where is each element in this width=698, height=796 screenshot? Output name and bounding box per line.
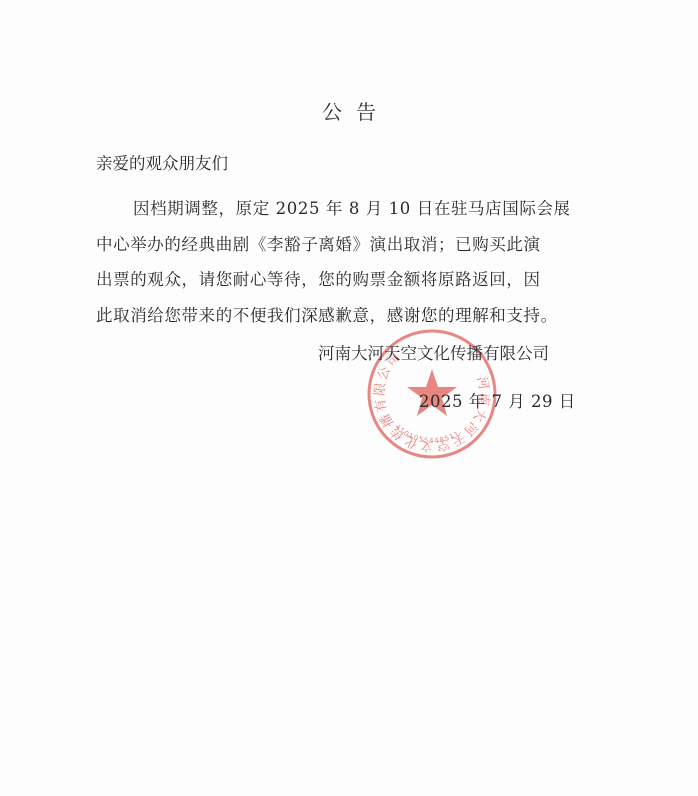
- body-line: 中心举办的经典曲剧《李豁子离婚》演出取消；已购买此演: [96, 227, 580, 263]
- body-line: 因档期调整，原定 2025 年 8 月 10 日在驻马店国际会展: [96, 191, 580, 227]
- notice-title: 公告: [0, 96, 698, 125]
- body-line: 此取消给您带来的不便我们深感歉意，感谢您的理解和支持。: [96, 298, 580, 334]
- notice-body: 因档期调整，原定 2025 年 8 月 10 日在驻马店国际会展 中心举办的经典…: [96, 191, 580, 333]
- salutation: 亲爱的观众朋友们: [96, 150, 228, 174]
- notice-date: 2025 年 7 月 29 日: [419, 388, 576, 412]
- body-line: 出票的观众，请您耐心等待，您的购票金额将原路返回，因: [96, 262, 580, 298]
- company-signature: 河南大河天空文化传播有限公司: [318, 340, 549, 364]
